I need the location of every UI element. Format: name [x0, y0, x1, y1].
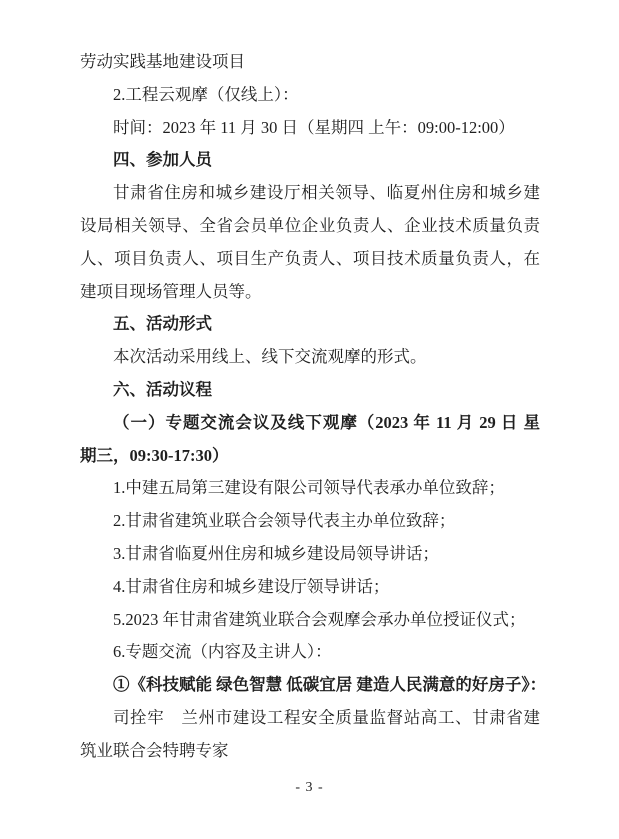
doc-line: 2.工程云观摩（仅线上）： — [80, 79, 540, 112]
doc-line: （一）专题交流会议及线下观摩（2023 年 11 月 29 日 星 — [80, 407, 540, 440]
doc-line: 6.专题交流（内容及主讲人）： — [80, 636, 540, 669]
doc-line: 司拴牢 兰州市建设工程安全质量监督站高工、甘肃省建 — [80, 702, 540, 735]
doc-line: 时间：2023 年 11 月 30 日（星期四 上午：09:00-12:00） — [80, 112, 540, 145]
doc-line: 六、活动议程 — [80, 374, 540, 407]
doc-line: 1.中建五局第三建设有限公司领导代表承办单位致辞； — [80, 472, 540, 505]
doc-line: 2.甘肃省建筑业联合会领导代表主办单位致辞； — [80, 505, 540, 538]
doc-line: 甘肃省住房和城乡建设厅相关领导、临夏州住房和城乡建 — [80, 177, 540, 210]
doc-line: 建项目现场管理人员等。 — [80, 276, 540, 309]
doc-line: 5.2023 年甘肃省建筑业联合会观摩会承办单位授证仪式； — [80, 604, 540, 637]
doc-line: 劳动实践基地建设项目 — [80, 46, 540, 79]
page-number: - 3 - — [0, 780, 619, 796]
doc-line: 设局相关领导、全省会员单位企业负责人、企业技术质量负责 — [80, 210, 540, 243]
document-page: 劳动实践基地建设项目2.工程云观摩（仅线上）：时间：2023 年 11 月 30… — [0, 0, 619, 839]
doc-line: 四、参加人员 — [80, 144, 540, 177]
doc-line: 人、项目负责人、项目生产负责人、项目技术质量负责人，在 — [80, 243, 540, 276]
doc-line: 期三，09:30-17:30） — [80, 440, 540, 473]
doc-line: 4.甘肃省住房和城乡建设厅领导讲话； — [80, 571, 540, 604]
doc-line: ①《科技赋能 绿色智慧 低碳宜居 建造人民满意的好房子》： — [80, 669, 540, 702]
doc-line: 3.甘肃省临夏州住房和城乡建设局领导讲话； — [80, 538, 540, 571]
doc-line: 本次活动采用线上、线下交流观摩的形式。 — [80, 341, 540, 374]
document-body: 劳动实践基地建设项目2.工程云观摩（仅线上）：时间：2023 年 11 月 30… — [80, 46, 540, 768]
doc-line: 筑业联合会特聘专家 — [80, 735, 540, 768]
doc-line: 五、活动形式 — [80, 308, 540, 341]
